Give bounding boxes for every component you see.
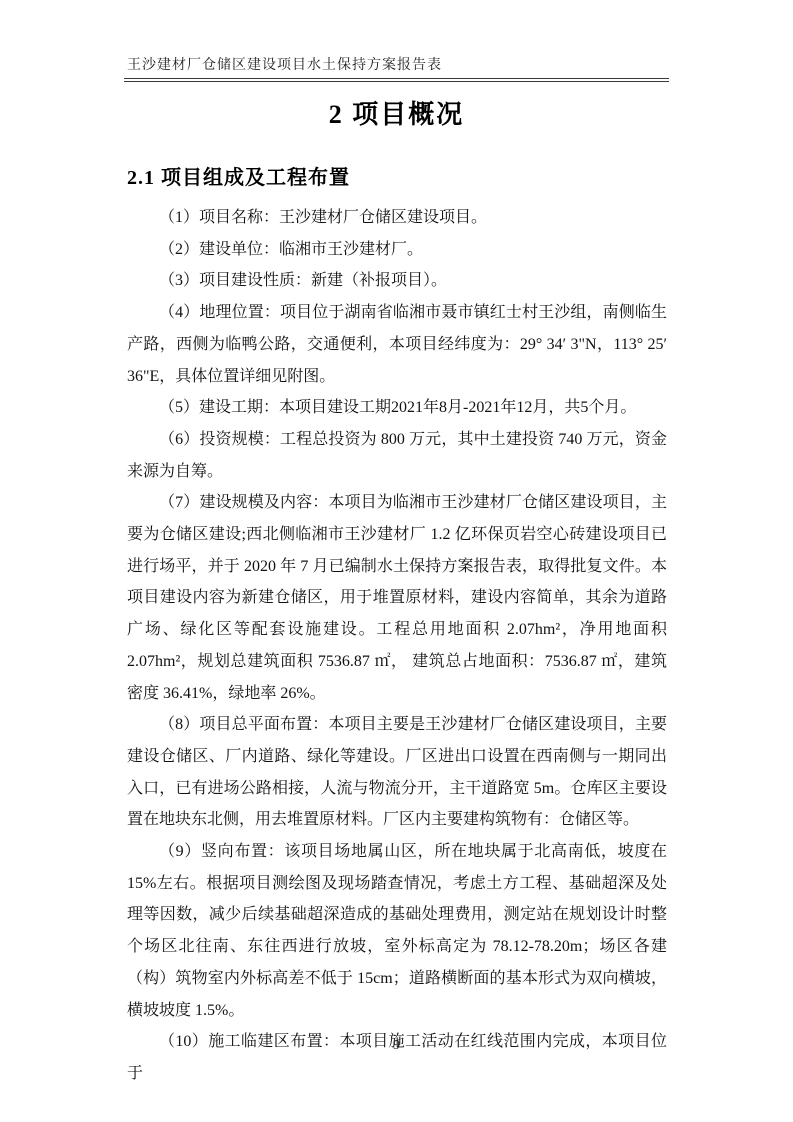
paragraph-2: （2）建设单位：临湘市王沙建材厂。: [127, 234, 667, 266]
paragraph-1: （1）项目名称：王沙建材厂仓储区建设项目。: [127, 202, 667, 234]
page-number: 9: [0, 1038, 793, 1054]
paragraph-7: （7）建设规模及内容：本项目为临湘市王沙建材厂仓储区建设项目，主要为仓储区建设;…: [127, 487, 667, 709]
paragraph-3: （3）项目建设性质：新建（补报项目）。: [127, 265, 667, 297]
chapter-title: 2 项目概况: [0, 94, 793, 131]
paragraph-4: （4）地理位置：项目位于湖南省临湘市聂市镇红士村王沙组，南侧临生产路，西侧为临鸭…: [127, 297, 667, 392]
paragraph-8: （8）项目总平面布置：本项目主要是王沙建材厂仓储区建设项目，主要建设仓储区、厂内…: [127, 709, 667, 836]
paragraph-5: （5）建设工期：本项目建设工期2021年8月-2021年12月，共5个月。: [127, 392, 667, 424]
section-title: 2.1 项目组成及工程布置: [127, 161, 667, 190]
document-page: 王沙建材厂仓储区建设项目水土保持方案报告表 2 项目概况 2.1 项目组成及工程…: [0, 0, 793, 1122]
body-text: （1）项目名称：王沙建材厂仓储区建设项目。 （2）建设单位：临湘市王沙建材厂。 …: [127, 202, 667, 1090]
paragraph-9: （9）竖向布置：该项目场地属山区，所在地块属于北高南低，坡度在 15%左右。根据…: [127, 836, 667, 1026]
running-header: 王沙建材厂仓储区建设项目水土保持方案报告表: [127, 54, 667, 74]
paragraph-10: （10）施工临建区布置：本项目施工活动在红线范围内完成，本项目位于: [127, 1026, 667, 1089]
header-rule: [124, 78, 669, 82]
paragraph-6: （6）投资规模：工程总投资为 800 万元，其中土建投资 740 万元，资金来源…: [127, 424, 667, 487]
